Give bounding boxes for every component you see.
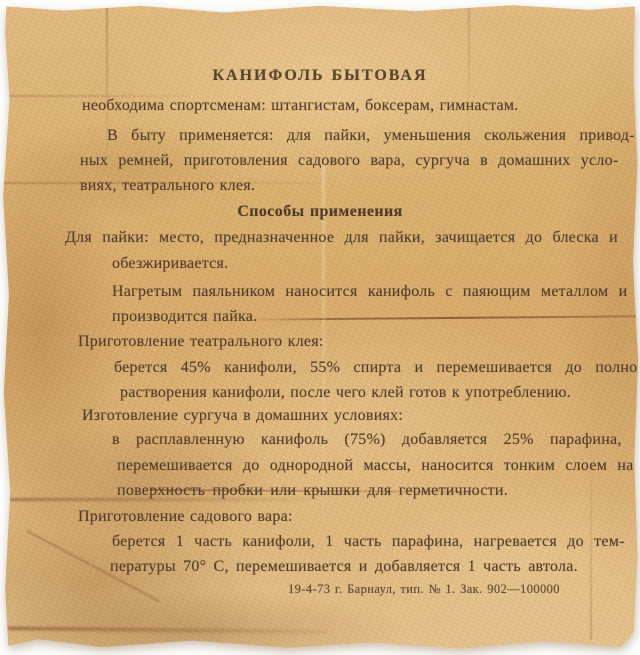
paper-sheet: КАНИФОЛЬ БЫТОВАЯ необходима спортсменам:… [0, 0, 640, 655]
text-line-4: виях, театрального клея. [80, 177, 255, 195]
text-line-5: Для пайки: место, предназначенное для па… [65, 229, 618, 247]
section-heading: Способы применения [0, 203, 640, 221]
print-imprint: 19-4-73 г. Барнаул, тип. № 1. Зак. 902—1… [288, 582, 560, 597]
text-line-18: пературы 70° С, перемешивается и добавля… [110, 558, 578, 576]
text-line-7: Нагретым паяльником наносится канифоль с… [112, 283, 627, 301]
document-title: КАНИФОЛЬ БЫТОВАЯ [0, 67, 640, 85]
text-line-10: берется 45% канифоли, 55% спирта и перем… [114, 359, 640, 377]
crease-bottom-edge [8, 626, 328, 633]
text-line-9: Приготовление театрального клея: [78, 333, 324, 351]
text-line-13: в расплавленную канифоль (75%) добавляет… [112, 431, 622, 449]
text-line-1: необходима спортсменам: штангистам, бокс… [82, 97, 519, 115]
text-line-2: В быту применяется: для пайки, уменьшени… [107, 127, 635, 145]
crease-fold-main-horizontal [248, 315, 640, 320]
text-line-17: берется 1 часть канифоли, 1 часть парафи… [112, 533, 625, 551]
text-line-12: Изготовление сургуча в домашних условиях… [82, 407, 403, 425]
text-line-15: поверхность пробки или крышки для гермет… [117, 482, 508, 500]
text-line-16: Приготовление садового вара: [78, 508, 293, 526]
text-line-11: растворения канифоли, после чего клей го… [120, 384, 571, 402]
text-line-6: обезжиривается. [112, 255, 228, 273]
text-line-8: производится пайка. [112, 308, 257, 326]
paper-shadow: КАНИФОЛЬ БЫТОВАЯ необходима спортсменам:… [0, 0, 640, 655]
text-line-14: перемешивается до однородной массы, нано… [117, 457, 634, 475]
scanned-leaflet: КАНИФОЛЬ БЫТОВАЯ необходима спортсменам:… [0, 0, 640, 655]
text-line-3: ных ремней, приготовления садового вара,… [80, 152, 618, 170]
